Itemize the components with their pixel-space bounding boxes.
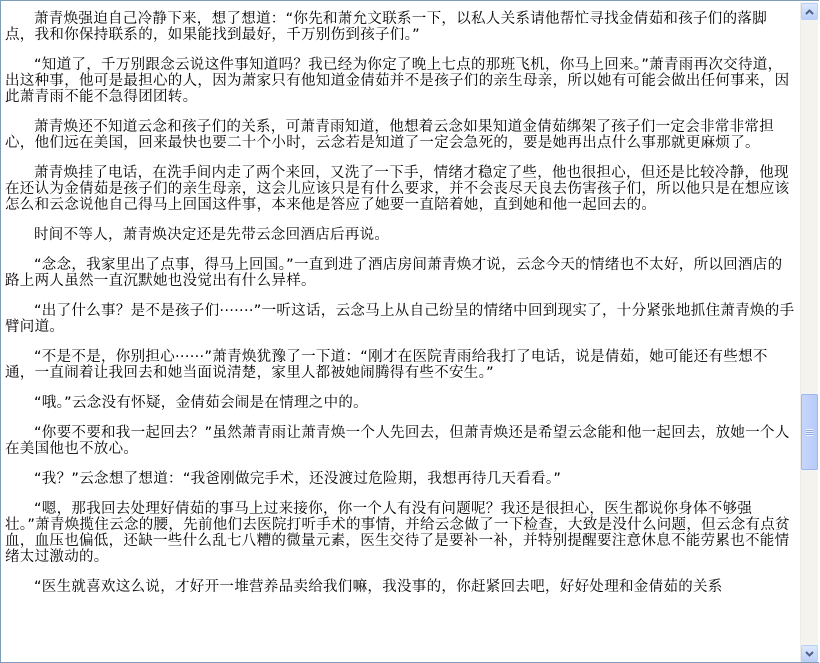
paragraph: “不是不是，你别担心······”萧青焕犹豫了一下道：“刚才在医院青雨给我打了电… bbox=[5, 349, 795, 381]
scroll-thumb[interactable] bbox=[801, 394, 818, 470]
paragraph: “哦。”云念没有怀疑，金倩茹会闹是在情理之中的。 bbox=[5, 395, 795, 411]
paragraph: “嗯，那我回去处理好倩茹的事马上过来接你，你一个人有没有问题呢？我还是很担心，医… bbox=[5, 501, 795, 565]
grip-icon bbox=[806, 429, 813, 436]
paragraph: “你要不要和我一起回去？”虽然萧青雨让萧青焕一个人先回去，但萧青焕还是希望云念能… bbox=[5, 425, 795, 457]
paragraph: 萧青焕挂了电话，在洗手间内走了两个来回，又洗了一下手，情绪才稳定了些，他也很担心… bbox=[5, 165, 795, 213]
chevron-up-icon bbox=[805, 9, 814, 15]
paragraph: “知道了，千万别跟念云说这件事知道吗？我已经为你定了晚上七点的那班飞机，你马上回… bbox=[5, 57, 795, 105]
scroll-down-button[interactable] bbox=[801, 645, 818, 662]
paragraph: 时间不等人，萧青焕决定还是先带云念回酒店后再说。 bbox=[5, 227, 795, 243]
paragraph: “念念，我家里出了点事，得马上回国。”一直到进了酒店房间萧青焕才说，云念今天的情… bbox=[5, 257, 795, 289]
paragraph: “医生就喜欢这么说，才好开一堆营养品卖给我们嘛，我没事的，你赶紧回去吧，好好处理… bbox=[5, 579, 795, 595]
paragraph: “我？”云念想了想道：“我爸刚做完手术，还没渡过危险期，我想再待几天看看。” bbox=[5, 471, 795, 487]
paragraph: 萧青焕还不知道云念和孩子们的关系，可萧青雨知道，他想着云念如果知道金倩茹绑架了孩… bbox=[5, 119, 795, 151]
paragraph: “出了什么事？是不是孩子们·······”一听这话，云念马上从自己纷呈的情绪中回… bbox=[5, 303, 795, 335]
document-viewer: 萧青焕强迫自己冷静下来，想了想道：“你先和萧允文联系一下，以私人关系请他帮忙寻找… bbox=[0, 0, 819, 663]
chevron-down-icon bbox=[805, 651, 814, 657]
paragraph: 萧青焕强迫自己冷静下来，想了想道：“你先和萧允文联系一下，以私人关系请他帮忙寻找… bbox=[5, 11, 795, 43]
scroll-up-button[interactable] bbox=[801, 3, 818, 20]
vertical-scrollbar[interactable] bbox=[800, 2, 818, 663]
document-text: 萧青焕强迫自己冷静下来，想了想道：“你先和萧允文联系一下，以私人关系请他帮忙寻找… bbox=[5, 11, 795, 609]
